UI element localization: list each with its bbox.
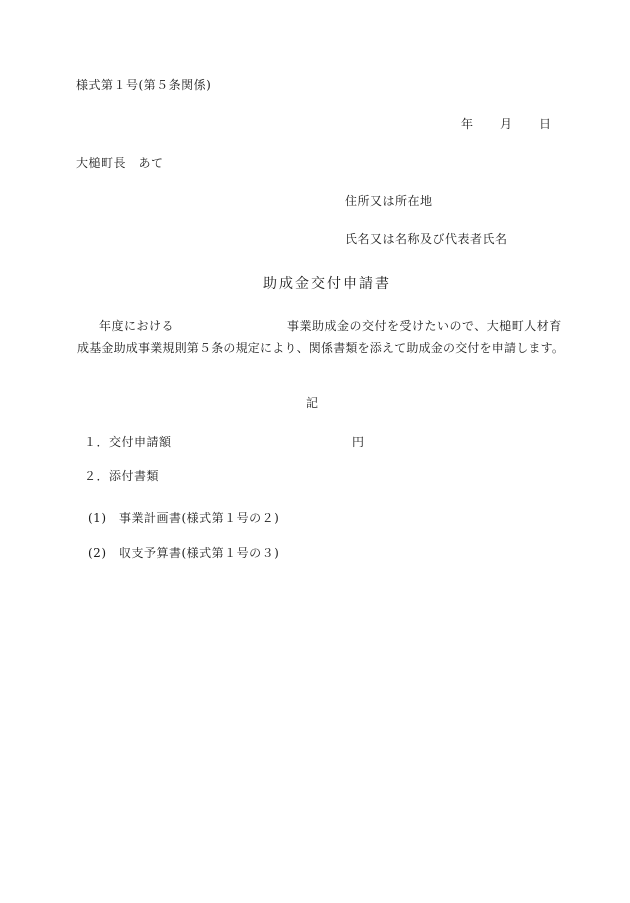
- list-header-ki: 記: [306, 396, 319, 410]
- applicant-address-label: 住所又は所在地: [345, 194, 433, 208]
- form-number: 様式第１号(第５条関係): [76, 78, 211, 92]
- body-line1-fiscal-year: 年度における: [99, 319, 174, 333]
- grant-amount-unit-yen: 円: [352, 435, 365, 449]
- document-title: 助成金交付申請書: [263, 276, 391, 293]
- attachment-item-business-plan: (1) 事業計画書(様式第１号の２): [88, 511, 279, 525]
- attachment-item-budget: (2) 収支予算書(様式第１号の３): [88, 546, 279, 560]
- application-form-page: 様式第１号(第５条関係) 年 月 日 大槌町長 あて 住所又は所在地 氏名又は名…: [0, 0, 630, 903]
- body-line1-continuation: 事業助成金の交付を受けたいので、大槌町人材育: [287, 319, 562, 333]
- addressee-line: 大槌町長 あて: [76, 156, 164, 170]
- applicant-name-label: 氏名又は名称及び代表者氏名: [345, 232, 508, 246]
- attachments-label: ２．添付書類: [84, 469, 159, 483]
- issue-date-line: 年 月 日: [461, 117, 552, 131]
- body-line2: 成基金助成事業規則第５条の規定により、関係書類を添えて助成金の交付を申請します。: [77, 341, 564, 355]
- grant-amount-label: １．交付申請額: [84, 435, 172, 449]
